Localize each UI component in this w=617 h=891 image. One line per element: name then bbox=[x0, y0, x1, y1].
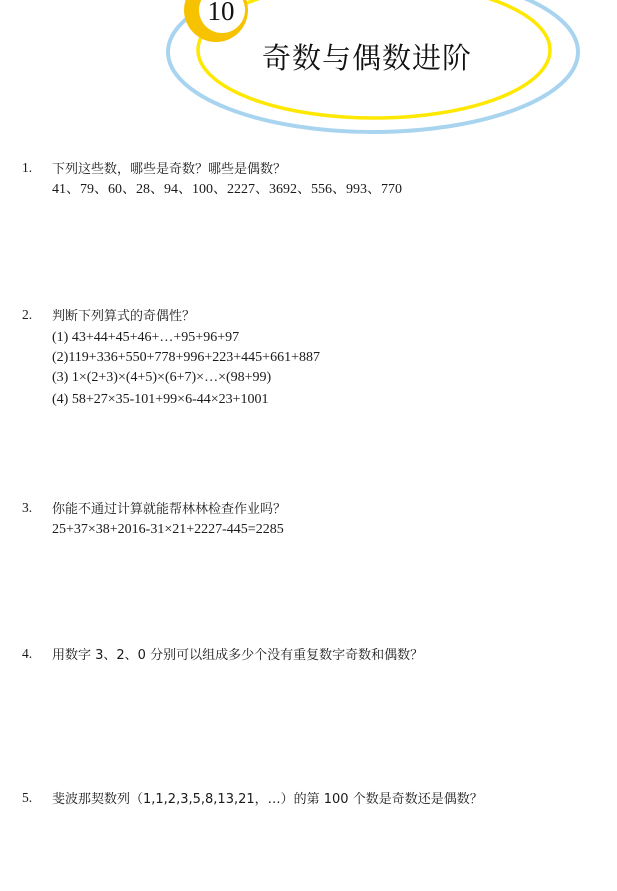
question-prompt: 用数字 3、2、0 分别可以组成多少个没有重复数字奇数和偶数？ bbox=[52, 646, 423, 666]
question-body: 你能不通过计算就能帮林林检查作业吗？ 25+37×38+2016-31×21+2… bbox=[52, 500, 286, 540]
question-prompt: 下列这些数，哪些是奇数？哪些是偶数？ bbox=[52, 160, 402, 180]
sub-item-1: (1) 43+44+45+46+…+95+96+97 bbox=[52, 328, 320, 348]
question-body: 下列这些数，哪些是奇数？哪些是偶数？ 41、79、60、28、94、100、22… bbox=[52, 160, 402, 200]
question-number: 3. bbox=[22, 500, 32, 516]
equation: 25+37×38+2016-31×21+2227-445=2285 bbox=[52, 520, 286, 540]
sub-item-2: (2)119+336+550+778+996+223+445+661+887 bbox=[52, 348, 320, 368]
sub-item-4: (4) 58+27×35-101+99×6-44×23+1001 bbox=[52, 390, 320, 410]
question-number: 4. bbox=[22, 646, 32, 662]
question-body: 用数字 3、2、0 分别可以组成多少个没有重复数字奇数和偶数？ bbox=[52, 646, 423, 666]
question-body: 斐波那契数列（1,1,2,3,5,8,13,21，…）的第 100 个数是奇数还… bbox=[52, 790, 483, 810]
question-number: 1. bbox=[22, 160, 32, 176]
question-number: 2. bbox=[22, 307, 32, 323]
sub-item-3: (3) 1×(2+3)×(4+5)×(6+7)×…×(98+99) bbox=[52, 368, 320, 388]
lesson-number: 10 bbox=[196, 0, 246, 27]
question-body: 判断下列算式的奇偶性？ (1) 43+44+45+46+…+95+96+97 (… bbox=[52, 307, 320, 410]
question-prompt: 你能不通过计算就能帮林林检查作业吗？ bbox=[52, 500, 286, 520]
lesson-header: 10 奇数与偶数进阶 bbox=[0, 0, 617, 145]
number-list: 41、79、60、28、94、100、2227、3692、556、993、770 bbox=[52, 180, 402, 200]
question-prompt: 判断下列算式的奇偶性？ bbox=[52, 307, 320, 327]
page-title: 奇数与偶数进阶 bbox=[262, 36, 472, 77]
question-number: 5. bbox=[22, 790, 32, 806]
question-prompt: 斐波那契数列（1,1,2,3,5,8,13,21，…）的第 100 个数是奇数还… bbox=[52, 790, 483, 810]
